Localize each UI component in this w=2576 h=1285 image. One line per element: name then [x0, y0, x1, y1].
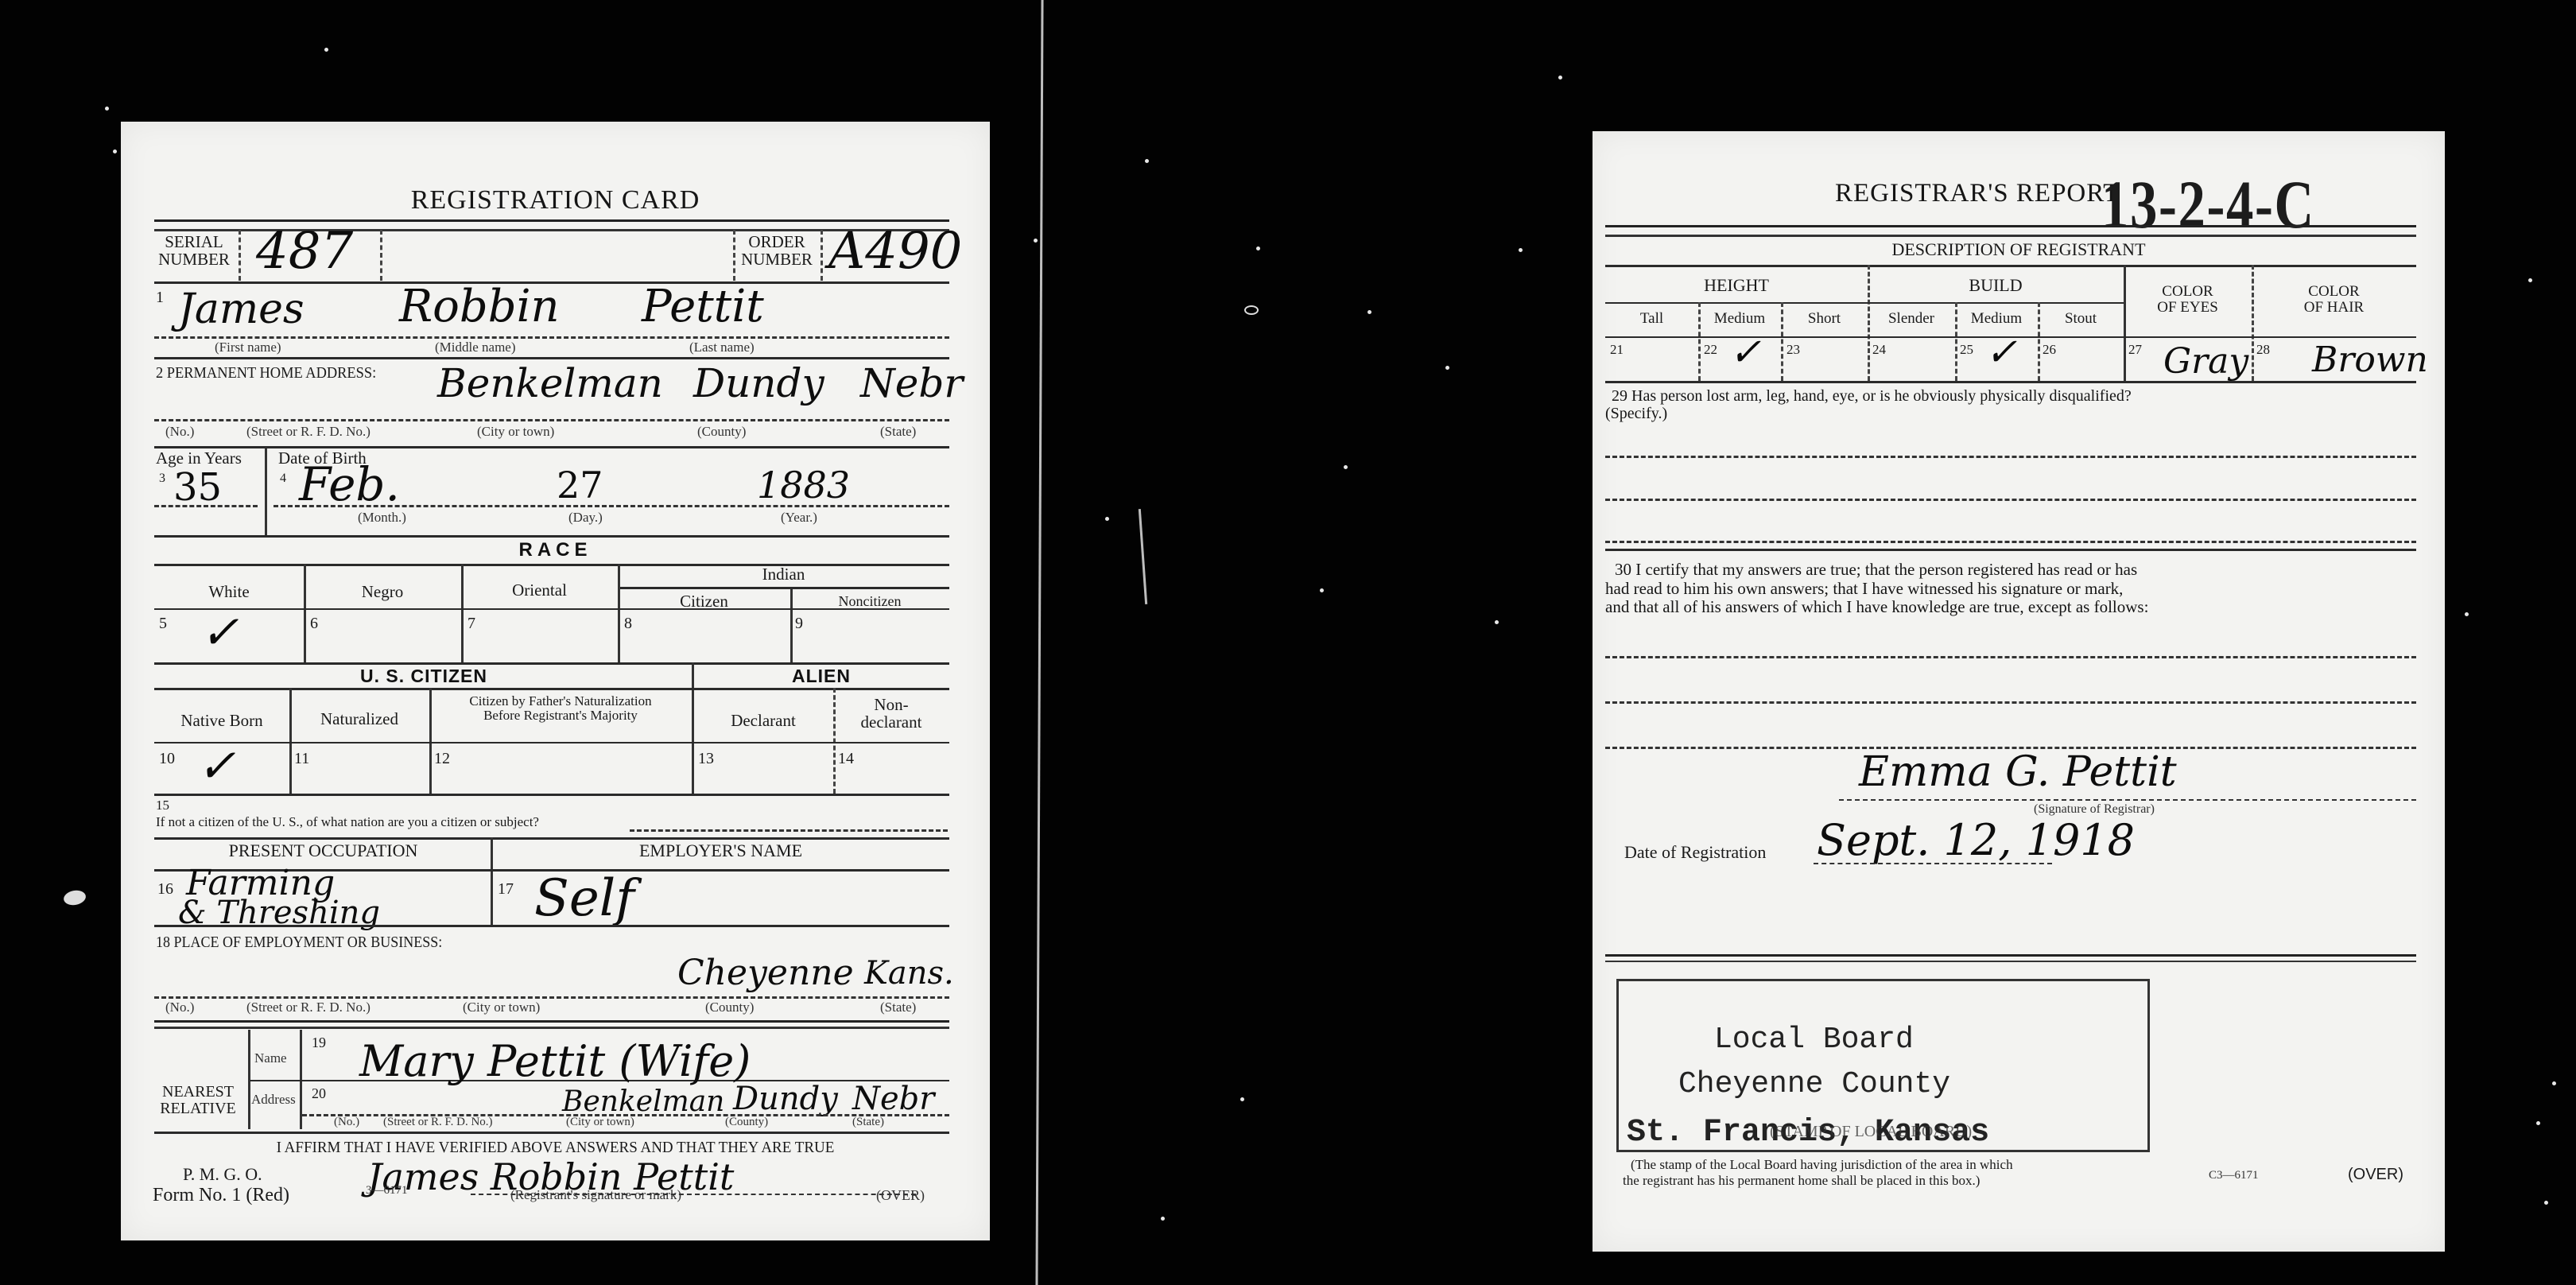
card-title: REGISTRATION CARD: [121, 185, 990, 215]
description-heading: DESCRIPTION OF REGISTRANT: [1593, 240, 2445, 258]
divider: [461, 564, 464, 662]
divider: [239, 230, 241, 281]
address-street-caption: (Street or R. F. D. No.): [246, 424, 370, 440]
dust-speck: [1320, 588, 1324, 592]
field-number: 22: [1704, 342, 1717, 358]
divider: [304, 564, 306, 662]
race-indian-noncitizen-label: Noncitizen: [790, 594, 949, 609]
rule: [154, 608, 949, 610]
month-caption: (Month.): [358, 510, 406, 526]
home-county-value: Dundy: [693, 360, 824, 406]
employment-city-caption: (City or town): [463, 1000, 540, 1015]
dotted-line: [630, 829, 948, 832]
native-born-checkmark: ✓: [197, 739, 236, 793]
first-name-caption: (First name): [215, 340, 281, 355]
double-rule: [154, 1020, 949, 1029]
height-heading: HEIGHT: [1605, 276, 1868, 294]
eyes-heading-line2: OF EYES: [2124, 300, 2252, 316]
double-rule: [1605, 954, 2416, 962]
dust-speck: [2552, 1081, 2556, 1085]
dust-speck: [2528, 278, 2532, 282]
stamp-caption: (STAMP OF LOCAL BOARD): [1770, 1123, 1972, 1141]
field-number: 11: [294, 750, 309, 768]
divider: [2252, 265, 2254, 381]
first-name-value: James: [178, 285, 305, 333]
order-label-line1: ORDER: [737, 233, 817, 250]
race-oriental-label: Oriental: [461, 581, 618, 599]
scanner-line: [1035, 0, 1043, 1285]
field-number: 23: [1787, 342, 1800, 358]
height-short-label: Short: [1781, 311, 1868, 327]
middle-name-value: Robbin: [399, 281, 560, 332]
address-state-caption: (State): [880, 424, 916, 440]
employment-state-caption: (State): [880, 1000, 916, 1015]
height-medium-label: Medium: [1698, 311, 1781, 327]
serial-number-label: SERIAL NUMBER: [154, 233, 234, 268]
last-name-value: Pettit: [642, 281, 764, 332]
registration-card-back: REGISTRAR'S REPORT 13-2-4-C DESCRIPTION …: [1593, 131, 2445, 1252]
employment-state-value: Kans.: [864, 955, 954, 992]
registrar-signature: Emma G. Pettit: [1859, 748, 2177, 796]
relative-name-label: Name: [254, 1050, 287, 1066]
field-number: 13: [698, 750, 714, 768]
dust-speck: [2544, 1201, 2548, 1205]
answer-line: [1605, 701, 2416, 704]
place-of-employment-label: 18 PLACE OF EMPLOYMENT OR BUSINESS:: [156, 934, 442, 951]
question-30-line1: 30 I certify that my answers are true; t…: [1605, 561, 2148, 580]
field-number: 6: [310, 615, 318, 633]
dust-speck: [324, 48, 328, 52]
dust-speck: [1145, 159, 1149, 163]
relative-name-value: Mary Pettit (Wife): [359, 1036, 751, 1086]
dust-speck: [2536, 1121, 2540, 1125]
field-number: 26: [2043, 342, 2056, 358]
date-line: [1814, 863, 2052, 864]
double-rule: [1605, 225, 2416, 237]
field-number: 20: [312, 1085, 326, 1102]
divider: [733, 230, 735, 281]
home-address-label: 2 PERMANENT HOME ADDRESS:: [156, 365, 376, 382]
build-medium-checkmark: ✓: [1985, 330, 2017, 375]
color-of-hair-heading: COLOR OF HAIR: [2252, 284, 2416, 316]
race-indian-citizen-label: Citizen: [618, 592, 790, 610]
relative-city-value: Benkelman: [562, 1085, 724, 1118]
home-city-value: Benkelman: [437, 360, 663, 406]
day-caption: (Day.): [568, 510, 603, 526]
employer-heading: EMPLOYER'S NAME: [492, 841, 949, 860]
signature-caption: (Registrant's signature or mark): [510, 1187, 681, 1203]
rule: [1605, 381, 2416, 383]
registrars-report-title: REGISTRAR'S REPORT: [1835, 179, 2120, 208]
birth-year-value: 1883: [757, 464, 850, 507]
dotted-line: [154, 505, 258, 507]
citizen-by-father-line1: Citizen by Father's Naturalization: [429, 694, 692, 708]
height-medium-checkmark: ✓: [1729, 330, 1761, 375]
dotted-line: [154, 336, 949, 339]
pmgo-label: P. M. G. O.: [183, 1165, 262, 1183]
stamp-line1: Local Board: [1714, 1023, 1914, 1057]
color-of-eyes-heading: COLOR OF EYES: [2124, 284, 2252, 316]
date-of-registration-value: Sept. 12, 1918: [1817, 815, 2135, 865]
employment-street-caption: (Street or R. F. D. No.): [246, 1000, 370, 1015]
occupation-heading: PRESENT OCCUPATION: [154, 841, 492, 860]
us-citizen-heading: U. S. CITIZEN: [154, 666, 693, 687]
rule: [154, 794, 949, 796]
rule: [154, 446, 949, 448]
registration-card-front: REGISTRATION CARD SERIAL NUMBER 487 ORDE…: [121, 122, 990, 1240]
form-number-label: Form No. 1 (Red): [153, 1186, 289, 1205]
dust-speck: [1105, 517, 1109, 521]
stamp-instructions: (The stamp of the Local Board having jur…: [1623, 1157, 2013, 1188]
relative-state-caption: (State): [852, 1116, 884, 1129]
eyes-heading-line1: COLOR: [2124, 284, 2252, 300]
order-number-label: ORDER NUMBER: [737, 233, 817, 268]
stamp-line2: Cheyenne County: [1678, 1067, 1950, 1101]
dust-speck: [1558, 76, 1562, 80]
field-number: 25: [1960, 342, 1973, 358]
nationality-question: If not a citizen of the U. S., of what n…: [156, 815, 539, 829]
non-declarant-line2: declarant: [833, 713, 949, 731]
question-30-line3: and that all of his answers of which I h…: [1605, 598, 2148, 617]
field-number: 7: [467, 615, 475, 633]
rule: [620, 587, 949, 589]
employer-value: Self: [534, 869, 634, 928]
dust-speck: [1240, 1097, 1244, 1101]
local-board-stamp-box: Local Board Cheyenne County St. Francis,…: [1616, 979, 2150, 1152]
dotted-line: [154, 996, 949, 999]
non-declarant-line1: Non-: [833, 696, 949, 713]
serial-label-line1: SERIAL: [154, 233, 234, 250]
build-slender-label: Slender: [1868, 311, 1955, 327]
nearest-relative-line1: NEAREST: [154, 1084, 242, 1101]
field-number: 17: [498, 880, 514, 899]
dotted-line: [154, 419, 949, 421]
dust-blob: [63, 889, 87, 907]
stamp-note-line2: the registrant has his permanent home sh…: [1623, 1173, 2013, 1189]
home-state-value: Nebr: [860, 360, 963, 406]
rule: [154, 1132, 949, 1134]
field-number: 27: [2128, 342, 2142, 358]
over-label: (OVER): [876, 1187, 925, 1204]
over-label: (OVER): [2348, 1167, 2403, 1183]
hair-heading-line1: COLOR: [2252, 284, 2416, 300]
relative-no-caption: (No.): [334, 1116, 359, 1129]
field-number: 28: [2256, 342, 2270, 358]
race-heading: RACE: [121, 539, 990, 561]
dust-speck: [1519, 248, 1523, 252]
serial-label-line2: NUMBER: [154, 250, 234, 268]
rule: [154, 357, 949, 359]
rule: [154, 742, 949, 743]
field-number: 24: [1872, 342, 1886, 358]
serial-number-value: 487: [256, 222, 353, 281]
relative-county-caption: (County): [725, 1116, 768, 1129]
dust-speck: [2465, 612, 2469, 616]
form-code: C3—6171: [2209, 1169, 2259, 1182]
dust-speck: [1161, 1217, 1165, 1221]
address-county-caption: (County): [697, 424, 746, 440]
address-no-caption: (No.): [165, 424, 194, 440]
race-white-label: White: [154, 583, 304, 600]
hair-color-value: Brown: [2312, 340, 2428, 380]
field-number: 9: [795, 615, 803, 633]
field-number: 14: [838, 750, 854, 768]
dust-speck: [1368, 310, 1371, 314]
citizen-by-father-line2: Before Registrant's Majority: [429, 708, 692, 723]
dust-speck: [1034, 239, 1038, 243]
age-in-years-label: Age in Years: [156, 449, 242, 467]
dust-speck: [1344, 465, 1348, 469]
date-of-registration-label: Date of Registration: [1624, 843, 1766, 861]
declarant-label: Declarant: [693, 712, 833, 729]
birth-day-value: 27: [557, 464, 603, 507]
dust-speck: [1445, 366, 1449, 370]
dust-speck: [113, 149, 117, 153]
year-caption: (Year.): [781, 510, 817, 526]
field-number: 15: [156, 798, 169, 813]
answer-line: [1605, 656, 2416, 658]
rule: [1605, 549, 2416, 551]
middle-name-caption: (Middle name): [435, 340, 516, 355]
height-tall-label: Tall: [1605, 311, 1698, 327]
divider: [380, 230, 382, 281]
divider: [2124, 265, 2126, 381]
race-indian-label: Indian: [618, 565, 949, 583]
build-heading: BUILD: [1868, 276, 2124, 294]
employment-county-value: Cheyenne: [677, 953, 854, 993]
address-city-caption: (City or town): [477, 424, 554, 440]
dotted-line: [274, 505, 949, 507]
relative-state-value: Nebr: [852, 1081, 934, 1117]
stamp-note-line1: (The stamp of the Local Board having jur…: [1623, 1157, 2013, 1173]
divider: [265, 448, 267, 535]
race-white-checkmark: ✓: [200, 605, 239, 659]
relative-street-caption: (Street or R. F. D. No.): [383, 1116, 493, 1129]
order-label-line2: NUMBER: [737, 250, 817, 268]
build-medium-label: Medium: [1955, 311, 2038, 327]
alien-heading: ALIEN: [693, 666, 949, 687]
employment-no-caption: (No.): [165, 1000, 194, 1015]
signature-line: [1839, 799, 2416, 801]
naturalized-label: Naturalized: [289, 710, 429, 728]
non-declarant-label: Non- declarant: [833, 696, 949, 731]
answer-line: [1605, 456, 2416, 458]
field-number: 16: [157, 880, 173, 899]
question-30-text: 30 I certify that my answers are true; t…: [1605, 561, 2148, 617]
native-born-label: Native Born: [154, 712, 289, 729]
affirmation-text: I AFFIRM THAT I HAVE VERIFIED ABOVE ANSW…: [142, 1139, 968, 1156]
birth-month-value: Feb.: [299, 457, 400, 511]
relative-city-caption: (City or town): [566, 1116, 634, 1129]
question-29-text: 29 Has person lost arm, leg, hand, eye, …: [1612, 387, 2132, 405]
rule: [154, 925, 949, 927]
field-number: 4: [280, 472, 286, 486]
divider: [491, 837, 493, 925]
form-code: 3—6171: [366, 1184, 408, 1198]
field-number: 3: [159, 472, 165, 486]
dust-speck: [105, 107, 109, 111]
divider: [289, 688, 292, 794]
rule: [154, 837, 949, 840]
field-number: 19: [312, 1035, 326, 1051]
citizen-by-father-label: Citizen by Father's Naturalization Befor…: [429, 694, 692, 723]
age-value: 35: [173, 465, 222, 510]
rule: [1605, 302, 2124, 304]
rule: [154, 662, 949, 665]
relative-county-value: Dundy: [733, 1081, 838, 1117]
dust-speck: [1495, 620, 1499, 624]
field-number: 1: [156, 289, 164, 307]
field-number: 21: [1610, 342, 1624, 358]
race-negro-label: Negro: [304, 583, 461, 600]
field-number: 10: [159, 750, 175, 768]
nearest-relative-line2: RELATIVE: [154, 1101, 242, 1117]
nearest-relative-label: NEAREST RELATIVE: [154, 1084, 242, 1117]
question-29-specify: (Specify.): [1605, 405, 1667, 422]
field-number: 5: [159, 615, 167, 633]
answer-line: [1605, 499, 2416, 501]
eye-color-value: Gray: [2163, 341, 2248, 382]
answer-line: [1605, 541, 2416, 543]
field-number: 12: [434, 750, 450, 768]
order-number-value: A490: [828, 222, 962, 281]
hair-heading-line2: OF HAIR: [2252, 300, 2416, 316]
divider: [821, 230, 823, 281]
rule: [154, 535, 949, 538]
field-number: 8: [624, 615, 632, 633]
build-stout-label: Stout: [2038, 311, 2124, 327]
rule: [1605, 265, 2416, 267]
rule: [154, 688, 949, 690]
dust-ring: [1244, 305, 1259, 315]
question-30-line2: had read to him his own answers; that I …: [1605, 580, 2148, 599]
employment-county-caption: (County): [705, 1000, 754, 1015]
dust-speck: [1256, 247, 1260, 250]
scanner-line-fragment: [1139, 509, 1147, 604]
relative-address-label: Address: [251, 1092, 296, 1108]
last-name-caption: (Last name): [689, 340, 755, 355]
